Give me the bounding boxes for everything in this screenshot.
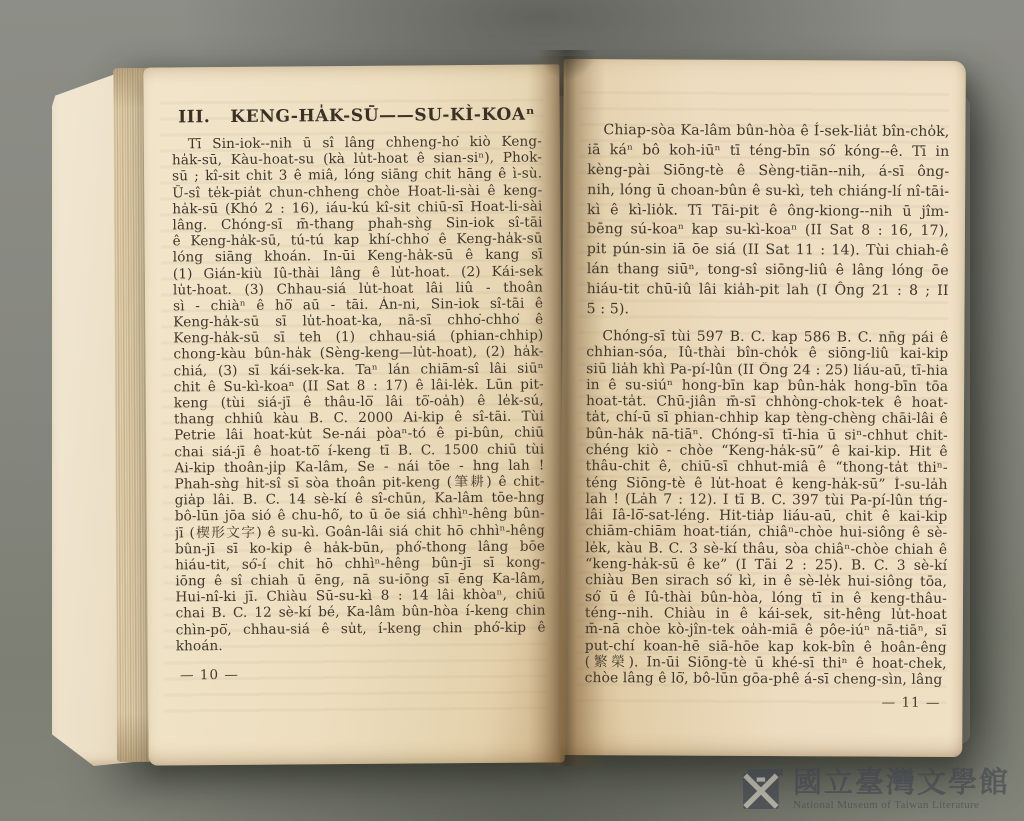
text-line: (繁榮). In-ūi Siōng-tè ū khé-sī thiⁿ ê hoa… — [585, 654, 947, 672]
nmtl-logo-icon — [742, 768, 784, 810]
text-line: m̄-nā chòe kò-jîn-tek oa̍h-miā ê pôe-iúⁿ… — [585, 621, 947, 639]
text-line: chiām-chiām hoat-tián, chiâⁿ-chòe hui-si… — [585, 524, 947, 542]
chapter-number: III. — [178, 107, 210, 127]
text-line: bēng sú-koaⁿ kap su-kì-koaⁿ (II Sat 8 : … — [587, 221, 949, 243]
text-line: hoat-ta̍t. Chū-jiân m̄-sī chhòng-chok-te… — [586, 393, 948, 411]
text-line: thâu-chit ê, chiū-sī chhut-miâ ê “thong-… — [586, 458, 948, 476]
text-line: kì ê kì-lio̍k. Tī Tāi-pit ê ông-kiong--n… — [587, 201, 949, 223]
paragraph: Chiap-sòa Ka-lâm bûn-hòa ê Í-sek-lia̍t b… — [586, 121, 949, 322]
right-page-content: Chiap-sòa Ka-lâm bûn-hòa ê Í-sek-lia̍t b… — [560, 59, 966, 757]
text-line: “keng-ha̍k-sū ê ke” (I Tāi 2 : 25). B. C… — [585, 556, 947, 574]
text-line: lán thang siūⁿ, tong-sî siōng-liû ê lâng… — [587, 260, 949, 282]
text-line: lâi Iâ-lō͘-sat-léng. Hit-tia̍p liáu-aū, … — [585, 507, 947, 525]
text-line: chhian-sóa, Iû-thài bîn-cho̍k ê siōng-li… — [586, 344, 948, 362]
museum-watermark: 國立臺灣文學館 National Museum of Taiwan Litera… — [742, 760, 1022, 818]
text-line: bûn-ha̍k nā-tiāⁿ. Chóng-sī tī-hia ū siⁿ-… — [586, 426, 948, 444]
left-page-body: Tī Sin-iok--nih ū sî lâng chheng-ho͘ kiò… — [172, 134, 546, 655]
text-line: le̍k, kàu B. C. 3 sè-kí thâu, sòa chiâⁿ-… — [585, 540, 947, 558]
text-line: iā káⁿ bô koh-iūⁿ tī téng-bīn só͘ kóng--… — [587, 141, 949, 163]
left-page-number: — 10 — — [176, 665, 546, 684]
text-line: siū lia̍h khì Pa-pí-lûn (II Ông 24 : 25)… — [586, 361, 948, 379]
text-line: kèng-pài Siōng-tè ê Sèng-tiān--nih, á-sī… — [587, 161, 949, 183]
text-line: téng--nih. Chiàu in ê kái-sek, sit-hêng … — [585, 605, 947, 623]
text-line: hiáu-tit chū-iû lâi kia̍h-pit lah (I Ông… — [587, 280, 949, 302]
text-line: chéng kiò - chòe “Keng-ha̍k-sū” ê kai-ki… — [586, 442, 948, 460]
right-page-number: — 11 — — [584, 694, 946, 712]
museum-watermark-text: 國立臺灣文學館 National Museum of Taiwan Litera… — [793, 768, 1010, 811]
left-page: III.KENG-HA̍K-SŪ——SU-KÌ-KOAⁿ Tī Sin-iok-… — [143, 64, 564, 765]
paragraph: Chóng-sī tùi 597 B. C. kap 586 B. C. nn̄… — [585, 328, 949, 688]
text-line: chìn-pō͘, chhau-siá ê su̍t, í-keng chin … — [176, 619, 546, 638]
chapter-title: KENG-HA̍K-SŪ——SU-KÌ-KOAⁿ — [230, 105, 535, 127]
right-page-body: Chiap-sòa Ka-lâm bûn-hòa ê Í-sek-lia̍t b… — [585, 121, 950, 688]
text-line: téng Siōng-tè ê lu̍t-hoat ê keng-ha̍k-sū… — [586, 475, 948, 493]
text-line: Chiap-sòa Ka-lâm bûn-hòa ê Í-sek-lia̍t b… — [587, 121, 949, 143]
text-line: put-chí koan-hē siā-hōe kap kok-bîn ê ho… — [585, 638, 947, 656]
text-line: lah ! (La̍h 7 : 12). I tī B. C. 397 tùi … — [585, 491, 947, 509]
chapter-heading: III.KENG-HA̍K-SŪ——SU-KÌ-KOAⁿ — [172, 105, 542, 128]
photo-scene: III.KENG-HA̍K-SŪ——SU-KÌ-KOAⁿ Tī Sin-iok-… — [0, 0, 1024, 821]
text-line: só͘ ū ê Iû-thài bûn-hòa, lóng tī in ê ke… — [585, 589, 947, 607]
text-line: chòe lâng ê lō͘, bô-lūn gōa-phê á-sī che… — [585, 670, 947, 688]
right-page: Chiap-sòa Ka-lâm bûn-hòa ê Í-sek-lia̍t b… — [560, 59, 966, 757]
text-line: in ê su-siúⁿ hong-bīn kap bûn-ha̍k hong-… — [586, 377, 948, 395]
text-line: nih, lóng ū choan-bûn ê su-kì, teh chián… — [587, 181, 949, 203]
text-line: chiàu Ben sirach só͘ kì, in ê sè-le̍k hu… — [585, 572, 947, 590]
text-line: khoán. — [176, 635, 546, 654]
text-line: 5 : 5). — [586, 300, 948, 322]
museum-name-english: National Museum of Taiwan Literature — [793, 800, 1010, 811]
text-line: Chóng-sī tùi 597 B. C. kap 586 B. C. nn̄… — [586, 328, 948, 346]
text-line: pit pún-sin iā ōe siá (II Sat 11 : 14). … — [587, 240, 949, 262]
text-line: ta̍t, chí-ū sī phian-chhip kap tèng-chèn… — [586, 409, 948, 427]
museum-name-chinese: 國立臺灣文學館 — [793, 768, 1010, 797]
left-page-content: III.KENG-HA̍K-SŪ——SU-KÌ-KOAⁿ Tī Sin-iok-… — [143, 64, 564, 765]
paragraph: Tī Sin-iok--nih ū sî lâng chheng-ho͘ kiò… — [172, 134, 546, 655]
